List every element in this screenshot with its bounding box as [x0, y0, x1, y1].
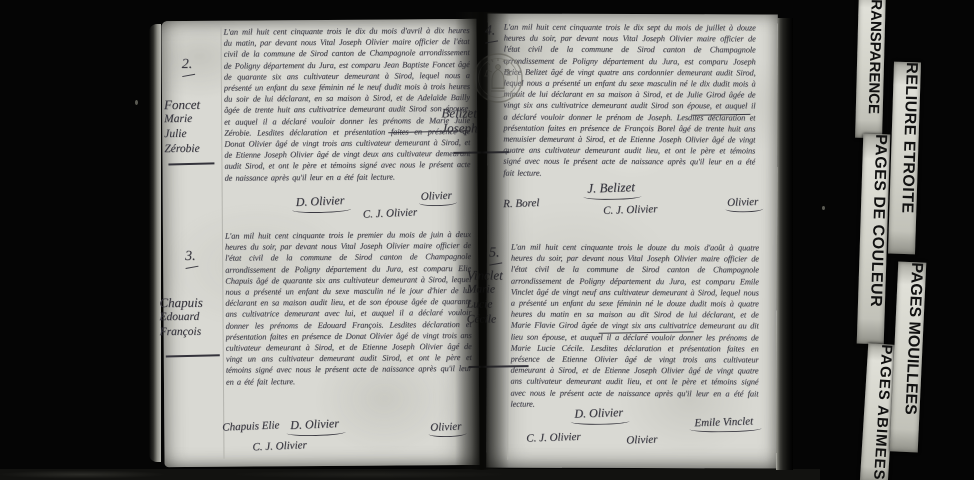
margin-name-line: Belizet	[441, 105, 477, 120]
margin-name-line: Edouard	[159, 310, 202, 325]
dust-speck	[135, 100, 138, 105]
act-body-text: L'an mil huit cent cinquante trois le do…	[510, 242, 759, 413]
margin-name-line: Chapuis	[159, 295, 202, 310]
margin-name-underline	[166, 354, 220, 357]
dust-speck	[822, 206, 825, 210]
signature: Chapuis Elie	[222, 419, 280, 433]
right-page: 4. Belizet Joseph L'an mil huit cent cin…	[486, 13, 778, 468]
act-number: 5.	[489, 246, 502, 263]
margin-name-line: Vinclet	[467, 267, 503, 282]
margin-name-line: Cécile	[467, 312, 503, 327]
act-number: 3.	[185, 249, 198, 266]
condition-label-reliure-etroite: RELIURE ETROITE	[888, 62, 921, 255]
archival-register-scan: 2. Foncet Marie Julie Zérobie L'an mil h…	[0, 0, 974, 480]
act-margin-name: Vinclet Marie Lucie Cécile	[467, 267, 503, 327]
signature: Olivier	[430, 420, 462, 433]
right-page-stack-edge	[776, 18, 793, 470]
left-page-stack-edge	[149, 24, 161, 462]
act-body-text: L'an mil huit cent cinquante trois le pr…	[225, 229, 472, 415]
act-margin-name: Chapuis Edouard François	[159, 295, 203, 340]
birth-act-5: 5. Vinclet Marie Lucie Cécile L'an mil h…	[486, 13, 778, 468]
condition-label-pages-mouillees: PAGES MOUILLEES	[890, 261, 927, 452]
birth-act-3: 3. Chapuis Edouard François L'an mil hui…	[161, 19, 479, 467]
signature: D. Olivier	[574, 405, 623, 422]
margin-name-line: Lucie	[467, 297, 503, 312]
left-page: 2. Foncet Marie Julie Zérobie L'an mil h…	[161, 19, 479, 467]
signature: D. Olivier	[290, 416, 339, 433]
act-margin-name: Belizet Joseph	[441, 105, 477, 135]
signature: Emile Vinclet	[694, 415, 753, 429]
margin-name-line: Joseph	[441, 120, 477, 135]
signature: C. J. Olivier	[252, 439, 307, 453]
signature: C. J. Olivier	[526, 431, 581, 445]
margin-name-line: François	[160, 325, 203, 340]
condition-label-transparence: TRANSPARENCE	[855, 0, 886, 138]
book-bottom-edge	[0, 469, 820, 480]
signature: Olivier	[626, 434, 658, 447]
margin-name-line: Marie	[467, 282, 503, 297]
official-stamp-icon	[472, 52, 524, 104]
condition-label-pages-de-couleur: PAGES DE COULEUR	[857, 134, 891, 345]
